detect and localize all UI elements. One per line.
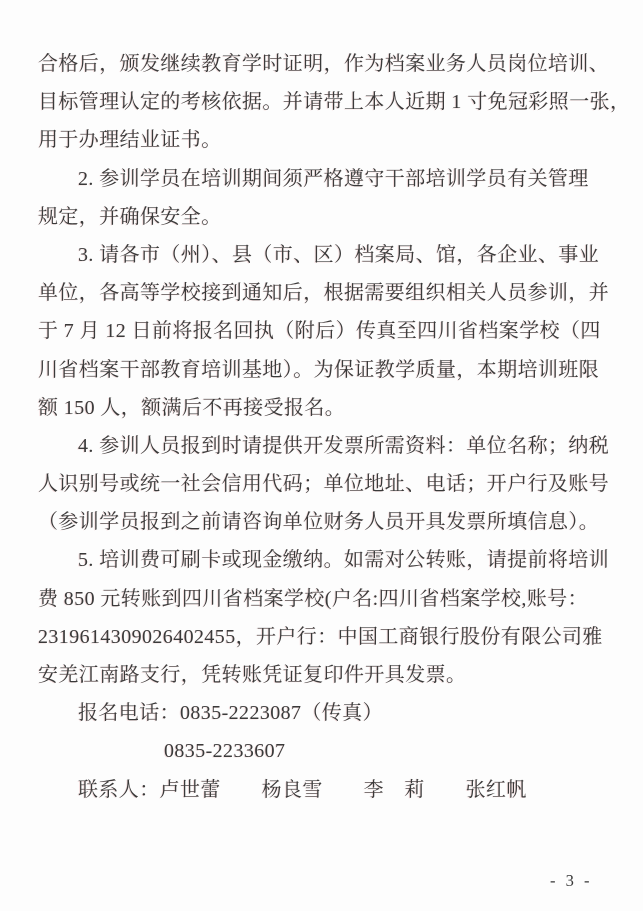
doc-line: 2. 参训学员在培训期间须严格遵守干部培训学员有关管理 (38, 160, 622, 198)
doc-line: 目标管理认定的考核依据。并请带上本人近期 1 寸免冠彩照一张， (38, 83, 622, 121)
doc-line: 规定，并确保安全。 (38, 198, 622, 236)
doc-line: 川省档案干部教育培训基地）。为保证教学质量，本期培训班限 (38, 351, 622, 389)
doc-line: 合格后，颁发继续教育学时证明，作为档案业务人员岗位培训、 (38, 45, 622, 83)
doc-line: 5. 培训费可刷卡或现金缴纳。如需对公转账，请提前将培训 (38, 541, 622, 579)
doc-line: 4. 参训人员报到时请提供开发票所需资料：单位名称；纳税 (38, 427, 622, 465)
doc-line: 报名电话：0835-2223087（传真） (38, 694, 622, 732)
doc-line: 人识别号或统一社会信用代码；单位地址、电话；开户行及账号 (38, 465, 622, 503)
doc-line: 于 7 月 12 日前将报名回执（附后）传真至四川省档案学校（四 (38, 312, 622, 350)
doc-line: 联系人：卢世蕾 杨良雪 李 莉 张红帆 (38, 771, 622, 809)
page-number: - 3 - (550, 871, 593, 891)
doc-line: 安羌江南路支行，凭转账凭证复印件开具发票。 (38, 656, 622, 694)
doc-line: 2319614309026402455，开户行：中国工商银行股份有限公司雅 (38, 618, 622, 656)
doc-line: （参训学员报到之前请咨询单位财务人员开具发票所填信息）。 (38, 503, 622, 541)
doc-line: 0835-2233607 (38, 732, 622, 770)
doc-line: 单位，各高等学校接到通知后，根据需要组织相关人员参训，并 (38, 274, 622, 312)
document-page: 合格后，颁发继续教育学时证明，作为档案业务人员岗位培训、 目标管理认定的考核依据… (0, 0, 643, 911)
doc-line: 费 850 元转账到四川省档案学校(户名:四川省档案学校,账号： (38, 580, 622, 618)
doc-line: 用于办理结业证书。 (38, 121, 622, 159)
doc-line: 额 150 人，额满后不再接受报名。 (38, 389, 622, 427)
document-body: 合格后，颁发继续教育学时证明，作为档案业务人员岗位培训、 目标管理认定的考核依据… (38, 45, 622, 809)
doc-line: 3. 请各市（州）、县（市、区）档案局、馆，各企业、事业 (38, 236, 622, 274)
